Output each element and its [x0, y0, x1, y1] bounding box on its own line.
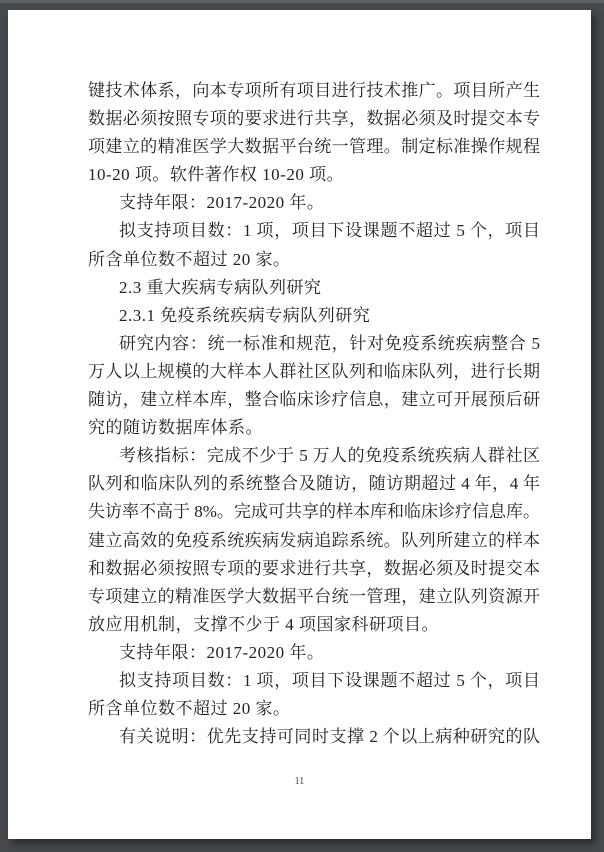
text-line: 支持年限：2017-2020 年。: [88, 189, 540, 217]
pdf-viewer-canvas: 键技术体系，向本专项所有项目进行技术推广。项目所产生 数据必须按照专项的要求进行…: [0, 0, 604, 852]
document-body: 键技术体系，向本专项所有项目进行技术推广。项目所产生 数据必须按照专项的要求进行…: [88, 77, 540, 751]
text-line: 所含单位数不超过 20 家。: [88, 695, 540, 723]
text-line: 拟支持项目数：1 项，项目下设课题不超过 5 个，项目: [88, 217, 540, 245]
text-line: 随访，建立样本库，整合临床诊疗信息，建立可开展预后研: [88, 386, 540, 414]
text-line: 项建立的精准医学大数据平台统一管理。制定标准操作规程: [88, 133, 540, 161]
text-line: 队列和临床队列的系统整合及随访，随访期超过 4 年，4 年: [88, 470, 540, 498]
page-number: 11: [8, 776, 591, 788]
text-line: 专项建立的精准医学大数据平台统一管理，建立队列资源开: [88, 583, 540, 611]
text-line: 拟支持项目数：1 项，项目下设课题不超过 5 个，项目: [88, 667, 540, 695]
text-line: 所含单位数不超过 20 家。: [88, 246, 540, 274]
viewer-frame-edge: [0, 0, 604, 3]
text-line: 万人以上规模的大样本人群社区队列和临床队列，进行长期: [88, 358, 540, 386]
section-heading: 2.3.1 免疫系统疾病专病队列研究: [88, 302, 540, 330]
text-line: 放应用机制，支撑不少于 4 项国家科研项目。: [88, 611, 540, 639]
section-heading: 2.3 重大疾病专病队列研究: [88, 274, 540, 302]
text-line: 10-20 项。软件著作权 10-20 项。: [88, 161, 540, 189]
text-line: 数据必须按照专项的要求进行共享，数据必须及时提交本专: [88, 105, 540, 133]
text-line: 考核指标：完成不少于 5 万人的免疫系统疾病人群社区: [88, 442, 540, 470]
text-line: 有关说明：优先支持可同时支撑 2 个以上病种研究的队: [88, 723, 540, 751]
text-line: 建立高效的免疫系统疾病发病追踪系统。队列所建立的样本: [88, 527, 540, 555]
text-line: 键技术体系，向本专项所有项目进行技术推广。项目所产生: [88, 77, 540, 105]
text-line: 支持年限：2017-2020 年。: [88, 639, 540, 667]
document-page: 键技术体系，向本专项所有项目进行技术推广。项目所产生 数据必须按照专项的要求进行…: [8, 10, 591, 839]
text-line: 研究内容：统一标准和规范，针对免疫系统疾病整合 5: [88, 330, 540, 358]
text-line: 失访率不高于 8%。完成可共享的样本库和临床诊疗信息库。: [88, 498, 540, 526]
text-line: 和数据必须按照专项的要求进行共享，数据必须及时提交本: [88, 555, 540, 583]
text-line: 究的随访数据库体系。: [88, 414, 540, 442]
